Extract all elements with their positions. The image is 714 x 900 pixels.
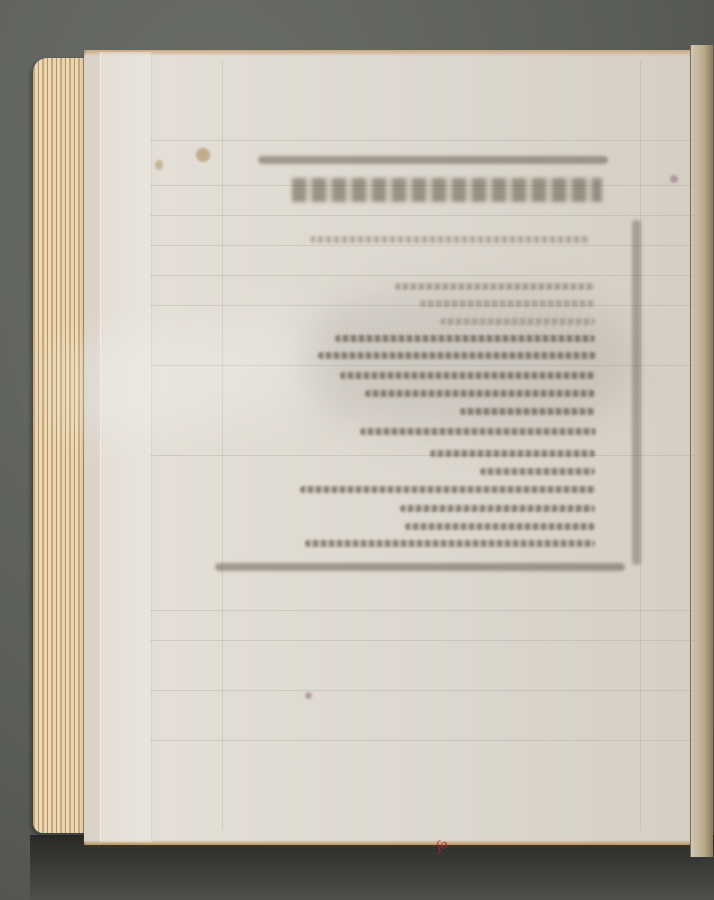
binding-edge [690,45,713,857]
ruling-line [150,610,695,611]
bleed-text-line [395,283,595,290]
ruling-line [150,640,695,641]
stain-spot [196,148,210,162]
bleed-text-line [365,390,595,397]
ruling-line [150,455,695,456]
ruling-line [150,245,695,246]
stain-spot [670,175,678,183]
headpiece-band [258,156,608,164]
ruling-line [150,140,695,141]
bleed-text-line [340,372,595,379]
ruling-line [150,740,695,741]
tailpiece-band [215,563,625,571]
marginal-vertical-band [632,220,641,565]
bleed-text-line [420,300,595,307]
ruling-line [150,690,695,691]
bleed-text-line [430,450,595,457]
repair-tape-strip [100,52,152,842]
bleed-title-line [292,178,602,202]
bleed-text-line [318,352,596,359]
ruling-vertical [222,60,223,830]
ruling-line [150,215,695,216]
ruling-line [150,275,695,276]
bleed-text-line [460,408,595,415]
bleed-text-line [440,318,595,325]
stain-spot [305,692,312,699]
bleed-text-line [300,486,596,493]
bleed-text-line [405,523,595,530]
bleed-text-line [335,335,595,342]
stain-spot [155,160,163,170]
bleed-text-line [360,428,596,435]
bleed-text-line [480,468,595,475]
bleed-text-line [400,505,595,512]
bleed-text-line [305,540,595,547]
manuscript-page [84,50,704,845]
bleed-text-line [310,236,590,243]
